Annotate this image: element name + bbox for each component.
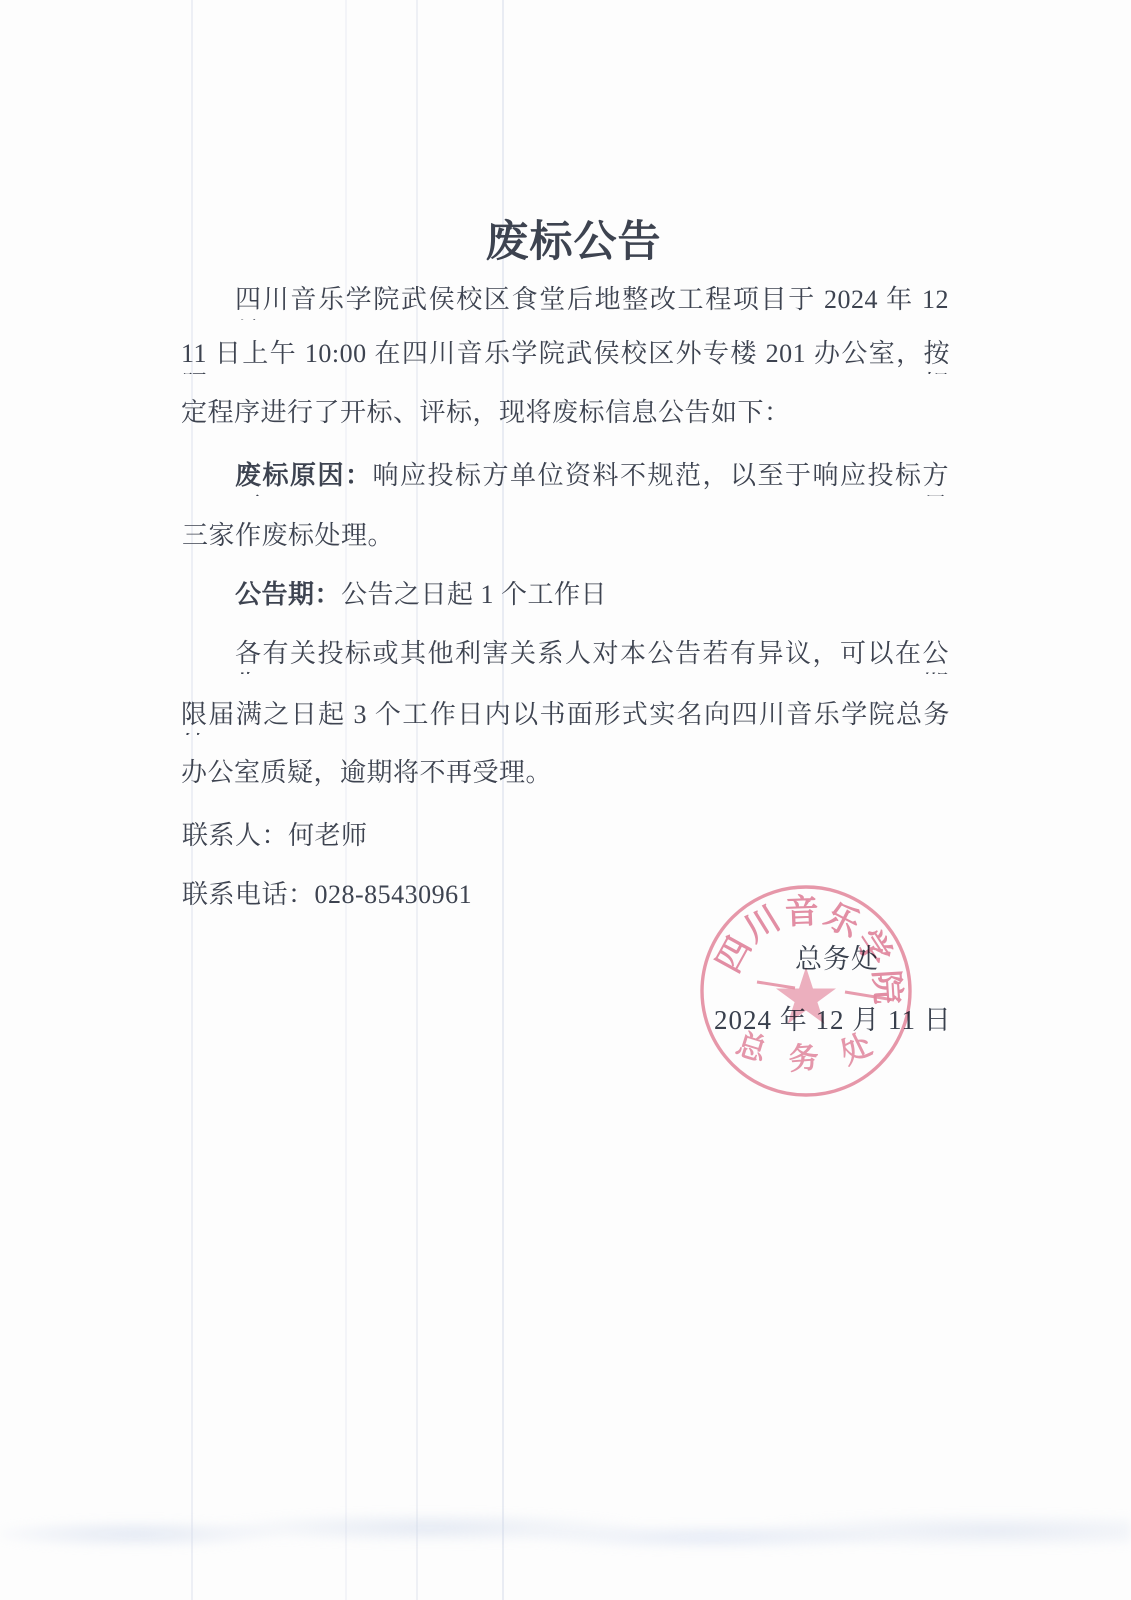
contact-person-text: 联系人：何老师 <box>182 821 368 850</box>
body-line-text: 办公室质疑，逾期将不再受理。 <box>181 758 552 787</box>
body-line: 11 日上午 10:00 在四川音乐学院武侯校区外专楼 201 办公室，按照规 <box>181 338 950 374</box>
seal-dash-right <box>845 992 894 1000</box>
body-line: 四川音乐学院武侯校区食堂后地整改工程项目于 2024 年 12 月 <box>235 284 949 320</box>
official-seal: 四川音乐学院 总务处 <box>666 851 946 1131</box>
signature-department: 总务处 <box>795 944 879 974</box>
body-line: 办公室质疑，逾期将不再受理。 <box>181 757 552 793</box>
body-line: 限届满之日起 3 个工作日内以书面形式实名向四川音乐学院总务处 <box>181 699 950 735</box>
body-line: 各有关投标或其他利害关系人对本公告若有异议，可以在公告期 <box>235 638 949 674</box>
body-line: 废标原因：响应投标方单位资料不规范，以至于响应投标方不足 <box>235 460 949 496</box>
body-line-text: 三家作废标处理。 <box>182 521 394 550</box>
body-line-label: 公告期： <box>235 580 341 609</box>
body-line-text: 各有关投标或其他利害关系人对本公告若有异议，可以在公告期 <box>235 639 949 674</box>
seal-dash-left <box>757 982 795 988</box>
body-line-text: 11 日上午 10:00 在四川音乐学院武侯校区外专楼 201 办公室，按照规 <box>181 339 950 374</box>
contact-phone-text: 联系电话：028-85430961 <box>182 880 472 909</box>
scanned-document-page: 废标公告 四川音乐学院武侯校区食堂后地整改工程项目于 2024 年 12 月 1… <box>0 0 1131 1600</box>
contact-person-line: 联系人：何老师 <box>182 820 368 856</box>
body-line-text: 定程序进行了开标、评标，现将废标信息公告如下： <box>181 398 791 427</box>
body-line: 三家作废标处理。 <box>182 520 394 556</box>
body-line-text: 公告之日起 1 个工作日 <box>341 580 607 609</box>
signature-date: 2024 年 12 月 11 日 <box>714 1005 952 1035</box>
body-line-label: 废标原因： <box>235 461 373 490</box>
body-line-text: 四川音乐学院武侯校区食堂后地整改工程项目于 2024 年 12 月 <box>235 285 949 320</box>
body-line-text: 限届满之日起 3 个工作日内以书面形式实名向四川音乐学院总务处 <box>181 700 950 735</box>
body-line: 公告期：公告之日起 1 个工作日 <box>235 579 607 615</box>
document-title: 废标公告 <box>0 208 1131 269</box>
body-line: 定程序进行了开标、评标，现将废标信息公告如下： <box>181 397 791 433</box>
seal-ring <box>702 887 910 1095</box>
contact-phone-line: 联系电话：028-85430961 <box>182 879 472 915</box>
scan-noise-band <box>0 1500 1131 1562</box>
